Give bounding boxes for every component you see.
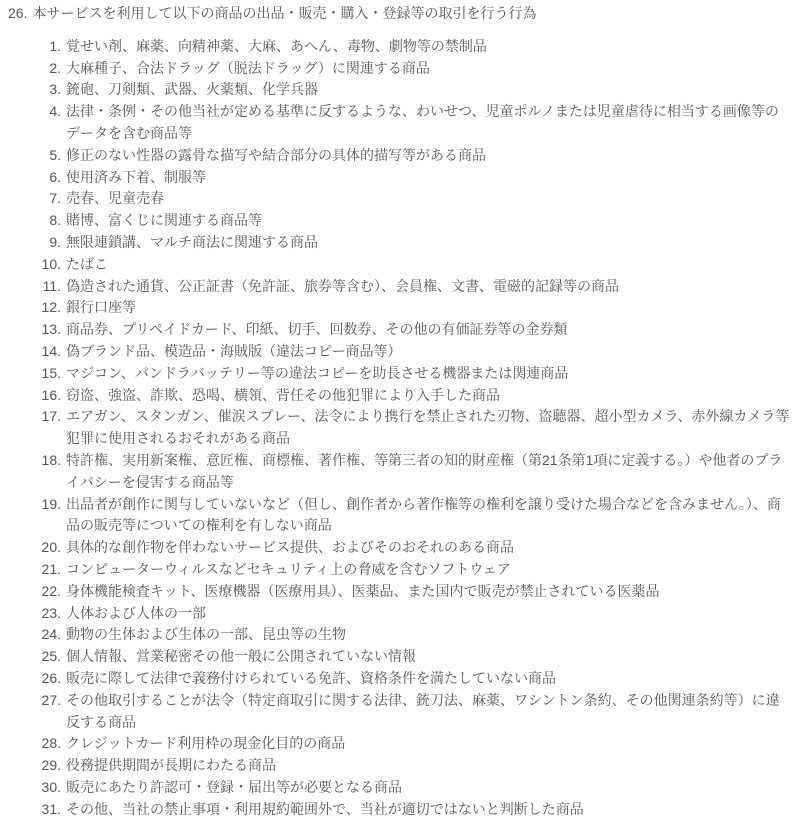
- list-item: 17.エアガン、スタンガン、催涙スプレー、法令により携行を禁止された刃物、盗聴器…: [8, 406, 790, 450]
- list-item-text: 偽ブランド品、模造品・海賊版（違法コピー商品等）: [66, 341, 790, 363]
- list-item-text: 動物の生体および生体の一部、昆虫等の生物: [66, 624, 790, 646]
- list-item-number: 31.: [8, 799, 61, 821]
- list-item-text: 窃盗、強盗、詐欺、恐喝、横領、背任その他犯罪により入手した商品: [66, 385, 790, 407]
- list-item-text: クレジットカード利用枠の現金化目的の商品: [66, 733, 790, 755]
- list-item: 7.売春、児童売春: [8, 188, 790, 210]
- list-item-text: 大麻種子、合法ドラッグ（脱法ドラッグ）に関連する商品: [66, 58, 790, 80]
- list-item: 20.具体的な創作物を伴わないサービス提供、およびそのおそれのある商品: [8, 537, 790, 559]
- list-item: 8.賭博、富くじに関連する商品等: [8, 210, 790, 232]
- list-item-text: 出品者が創作に関与していないなど（但し、創作者から著作権等の権利を譲り受けた場合…: [66, 494, 790, 538]
- list-item-number: 5.: [8, 145, 61, 167]
- list-item-text: 役務提供期間が長期にわたる商品: [66, 755, 790, 777]
- list-item-text: 身体機能検査キット、医療機器（医療用具）、医薬品、また国内で販売が禁止されている…: [66, 581, 790, 603]
- list-item-text: 具体的な創作物を伴わないサービス提供、およびそのおそれのある商品: [66, 537, 790, 559]
- list-item: 5.修正のない性器の露骨な描写や結合部分の具体的描写等がある商品: [8, 145, 790, 167]
- list-item-number: 14.: [8, 341, 61, 363]
- list-item-text: 販売にあたり許認可・登録・届出等が必要となる商品: [66, 777, 790, 799]
- list-item-number: 4.: [8, 101, 61, 123]
- list-item-text: マジコン、パンドラバッテリー等の違法コピーを助長させる機器または関連商品: [66, 363, 790, 385]
- section-number: 26.: [8, 3, 27, 25]
- list-item: 24.動物の生体および生体の一部、昆虫等の生物: [8, 624, 790, 646]
- section-item: 26. 本サービスを利用して以下の商品の出品・販売・購入・登録等の取引を行う行為: [8, 3, 790, 25]
- list-item-number: 29.: [8, 755, 61, 777]
- list-item-number: 6.: [8, 167, 61, 189]
- list-item: 27.その他取引することが法令（特定商取引に関する法律、銃刀法、麻薬、ワシントン…: [8, 690, 790, 734]
- list-item-text: 商品券、プリペイドカード、印紙、切手、回数券、その他の有価証券等の金券類: [66, 319, 790, 341]
- list-item: 23.人体および人体の一部: [8, 603, 790, 625]
- list-item-number: 21.: [8, 559, 61, 581]
- list-item: 10.たばこ: [8, 254, 790, 276]
- list-item: 19.出品者が創作に関与していないなど（但し、創作者から著作権等の権利を譲り受け…: [8, 494, 790, 538]
- list-item: 18.特許権、実用新案権、意匠権、商標権、著作権、等第三者の知的財産権（第21条…: [8, 450, 790, 494]
- list-item-number: 1.: [8, 36, 61, 58]
- list-item-number: 15.: [8, 363, 61, 385]
- list-item-number: 16.: [8, 385, 61, 407]
- list-item-number: 11.: [8, 276, 61, 298]
- list-item-number: 24.: [8, 624, 61, 646]
- list-item-number: 10.: [8, 254, 61, 276]
- list-item: 28.クレジットカード利用枠の現金化目的の商品: [8, 733, 790, 755]
- prohibited-items-list: 1.覚せい剤、麻薬、向精神薬、大麻、あへん、毒物、劇物等の禁制品2.大麻種子、合…: [8, 36, 790, 821]
- list-item-text: 無限連鎖講、マルチ商法に関連する商品: [66, 232, 790, 254]
- list-item-number: 18.: [8, 450, 61, 472]
- list-item-text: 人体および人体の一部: [66, 603, 790, 625]
- list-item: 16.窃盗、強盗、詐欺、恐喝、横領、背任その他犯罪により入手した商品: [8, 385, 790, 407]
- list-item-number: 28.: [8, 733, 61, 755]
- list-item-text: 賭博、富くじに関連する商品等: [66, 210, 790, 232]
- list-item: 30.販売にあたり許認可・登録・届出等が必要となる商品: [8, 777, 790, 799]
- list-item: 1.覚せい剤、麻薬、向精神薬、大麻、あへん、毒物、劇物等の禁制品: [8, 36, 790, 58]
- list-item: 22.身体機能検査キット、医療機器（医療用具）、医薬品、また国内で販売が禁止され…: [8, 581, 790, 603]
- list-item-number: 3.: [8, 79, 61, 101]
- list-item-number: 17.: [8, 406, 61, 428]
- list-item-text: 個人情報、営業秘密その他一般に公開されていない情報: [66, 646, 790, 668]
- list-item: 6.使用済み下着、制服等: [8, 167, 790, 189]
- list-item-number: 12.: [8, 297, 61, 319]
- list-item-number: 27.: [8, 690, 61, 712]
- list-item: 2.大麻種子、合法ドラッグ（脱法ドラッグ）に関連する商品: [8, 58, 790, 80]
- list-item-text: 使用済み下着、制服等: [66, 167, 790, 189]
- list-item-text: エアガン、スタンガン、催涙スプレー、法令により携行を禁止された刃物、盗聴器、超小…: [66, 406, 790, 450]
- list-item: 13.商品券、プリペイドカード、印紙、切手、回数券、その他の有価証券等の金券類: [8, 319, 790, 341]
- list-item-text: その他、当社の禁止事項・利用規約範囲外で、当社が適切ではないと判断した商品: [66, 799, 790, 821]
- list-item-text: 覚せい剤、麻薬、向精神薬、大麻、あへん、毒物、劇物等の禁制品: [66, 36, 790, 58]
- list-item-number: 22.: [8, 581, 61, 603]
- list-item-number: 23.: [8, 603, 61, 625]
- list-item-number: 19.: [8, 494, 61, 516]
- list-item-text: 法律・条例・その他当社が定める基準に反するような、わいせつ、児童ポルノまたは児童…: [66, 101, 790, 145]
- list-item: 26.販売に際して法律で義務付けられている免許、資格条件を満たしていない商品: [8, 668, 790, 690]
- list-item: 11.偽造された通貨、公正証書（免許証、旅券等含む）、会員権、文書、電磁的記録等…: [8, 276, 790, 298]
- list-item-text: 銀行口座等: [66, 297, 790, 319]
- list-item-text: コンピューターウィルスなどセキュリティ上の脅威を含むソフトウェア: [66, 559, 790, 581]
- list-item: 14.偽ブランド品、模造品・海賊版（違法コピー商品等）: [8, 341, 790, 363]
- list-item-text: 販売に際して法律で義務付けられている免許、資格条件を満たしていない商品: [66, 668, 790, 690]
- terms-document: 26. 本サービスを利用して以下の商品の出品・販売・購入・登録等の取引を行う行為…: [0, 0, 800, 824]
- list-item-text: その他取引することが法令（特定商取引に関する法律、銃刀法、麻薬、ワシントン条約、…: [66, 690, 790, 734]
- list-item: 21.コンピューターウィルスなどセキュリティ上の脅威を含むソフトウェア: [8, 559, 790, 581]
- list-item: 25.個人情報、営業秘密その他一般に公開されていない情報: [8, 646, 790, 668]
- list-item: 31.その他、当社の禁止事項・利用規約範囲外で、当社が適切ではないと判断した商品: [8, 799, 790, 821]
- list-item-text: 銃砲、刀剣類、武器、火薬類、化学兵器: [66, 79, 790, 101]
- list-item-number: 26.: [8, 668, 61, 690]
- list-item-number: 7.: [8, 188, 61, 210]
- list-item-text: 修正のない性器の露骨な描写や結合部分の具体的描写等がある商品: [66, 145, 790, 167]
- list-item: 12.銀行口座等: [8, 297, 790, 319]
- list-item-text: 売春、児童売春: [66, 188, 790, 210]
- list-item-number: 20.: [8, 537, 61, 559]
- list-item-number: 9.: [8, 232, 61, 254]
- list-item-text: 偽造された通貨、公正証書（免許証、旅券等含む）、会員権、文書、電磁的記録等の商品: [66, 276, 790, 298]
- list-item-number: 13.: [8, 319, 61, 341]
- section-heading: 本サービスを利用して以下の商品の出品・販売・購入・登録等の取引を行う行為: [32, 3, 790, 25]
- list-item: 9.無限連鎖講、マルチ商法に関連する商品: [8, 232, 790, 254]
- list-item-number: 25.: [8, 646, 61, 668]
- list-item: 15.マジコン、パンドラバッテリー等の違法コピーを助長させる機器または関連商品: [8, 363, 790, 385]
- list-item-text: たばこ: [66, 254, 790, 276]
- list-item: 4.法律・条例・その他当社が定める基準に反するような、わいせつ、児童ポルノまたは…: [8, 101, 790, 145]
- list-item-number: 8.: [8, 210, 61, 232]
- list-item-number: 30.: [8, 777, 61, 799]
- list-item: 3.銃砲、刀剣類、武器、火薬類、化学兵器: [8, 79, 790, 101]
- list-item-text: 特許権、実用新案権、意匠権、商標権、著作権、等第三者の知的財産権（第21条第1項…: [66, 450, 790, 494]
- list-item: 29.役務提供期間が長期にわたる商品: [8, 755, 790, 777]
- list-item-number: 2.: [8, 58, 61, 80]
